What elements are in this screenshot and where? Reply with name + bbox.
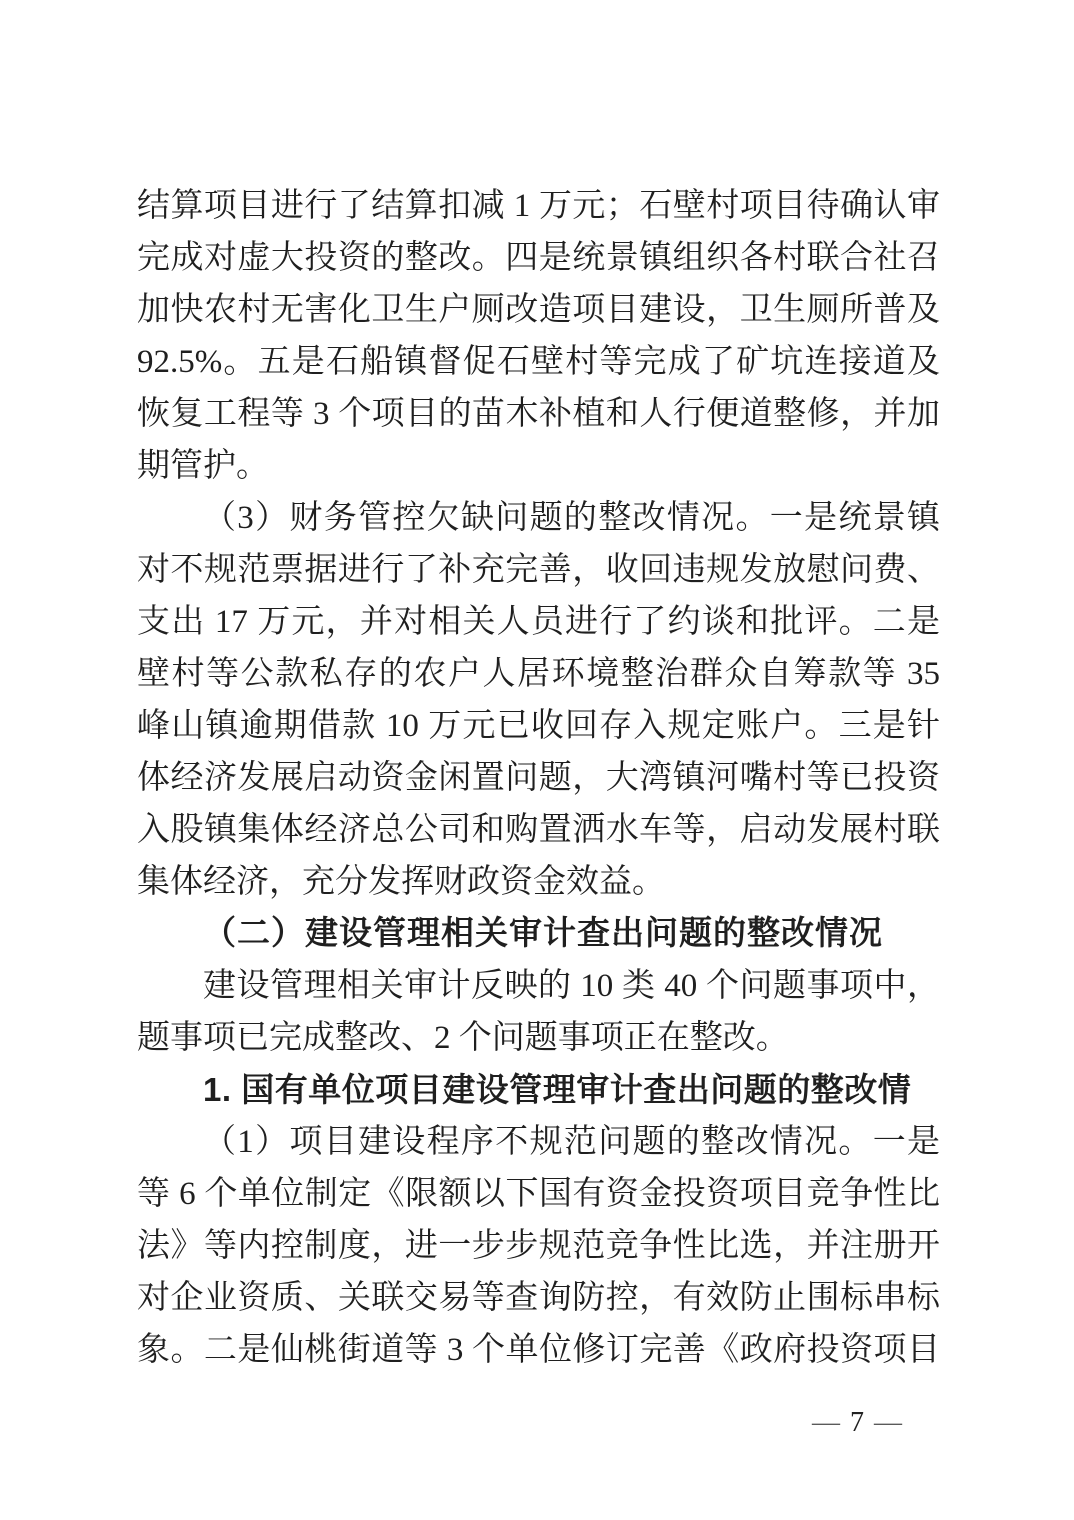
body-text-line: 壁村等公款私存的农户人居环境整治群众自筹款等 35 万元和玉 [137, 648, 940, 700]
body-text-line: 结算项目进行了结算扣减 1 万元；石壁村项目待确认审减金额后 [137, 180, 940, 232]
body-text-line: 法》等内控制度，进一步步规范竞争性比选，并注册开通“天眼查”， [137, 1220, 940, 1272]
body-text-line: 完成对虚大投资的整改。四是统景镇组织各村联合社召开会议， [137, 232, 940, 284]
page-number: 7 [840, 1407, 874, 1438]
body-text-line: 加快农村无害化卫生户厕改造项目建设，卫生厕所普及率达到 [137, 284, 940, 336]
body-text-line: 峰山镇逾期借款 10 万元已收回存入规定账户。三是针对农村集 [137, 700, 940, 752]
body-text-line: 象。二是仙桃街道等 3 个单位修订完善《政府投资项目管理办 [137, 1324, 940, 1376]
body-text-line: 建设管理相关审计反映的 10 类 40 个问题事项中，38 个问 [137, 960, 940, 1012]
body-text-line: 92.5%。五是石船镇督促石壁村等完成了矿坑连接道及周边植被 [137, 336, 940, 388]
body-text-line: 支出 17 万元，并对相关人员进行了约谈和批评。二是石船镇石 [137, 596, 940, 648]
body-text-line: （3）财务管控欠缺问题的整改情况。一是统景镇石坝村等 [137, 492, 940, 544]
body-text-line: 体经济发展启动资金闲置问题，大湾镇河嘴村等已投资 110 万元 [137, 752, 940, 804]
section-heading-line: （二）建设管理相关审计查出问题的整改情况 [137, 908, 940, 960]
footer-right-dash: — [874, 1407, 902, 1438]
page-footer: —7— [812, 1403, 902, 1443]
body-text-line: 对不规范票据进行了补充完善，收回违规发放慰问费、差旅费等 [137, 544, 940, 596]
body-text-line: 入股镇集体经济总公司和购置洒水车等，启动发展村联合社农村 [137, 804, 940, 856]
body-text-line: （1）项目建设程序不规范问题的整改情况。一是区水利局 [137, 1116, 940, 1168]
body-text-line: 恢复工程等 3 个项目的苗木补植和人行便道整修，并加强项目后 [137, 388, 940, 440]
body-text-line: 等 6 个单位制定《限额以下国有资金投资项目竞争性比选管理办 [137, 1168, 940, 1220]
page-body-text: 结算项目进行了结算扣减 1 万元；石壁村项目待确认审减金额后 完成对虚大投资的整… [137, 180, 940, 1376]
footer-left-dash: — [812, 1407, 840, 1438]
subsection-heading-line: 1. 国有单位项目建设管理审计查出问题的整改情况。 [137, 1064, 940, 1116]
document-page: 结算项目进行了结算扣减 1 万元；石壁村项目待确认审减金额后 完成对虚大投资的整… [0, 0, 1074, 1520]
body-text-line: 集体经济，充分发挥财政资金效益。 [137, 856, 940, 908]
body-text-line: 对企业资质、关联交易等查询防控，有效防止围标串标和挂靠现 [137, 1272, 940, 1324]
body-text-line: 题事项已完成整改、2 个问题事项正在整改。 [137, 1012, 940, 1064]
body-text-line: 期管护。 [137, 440, 940, 492]
